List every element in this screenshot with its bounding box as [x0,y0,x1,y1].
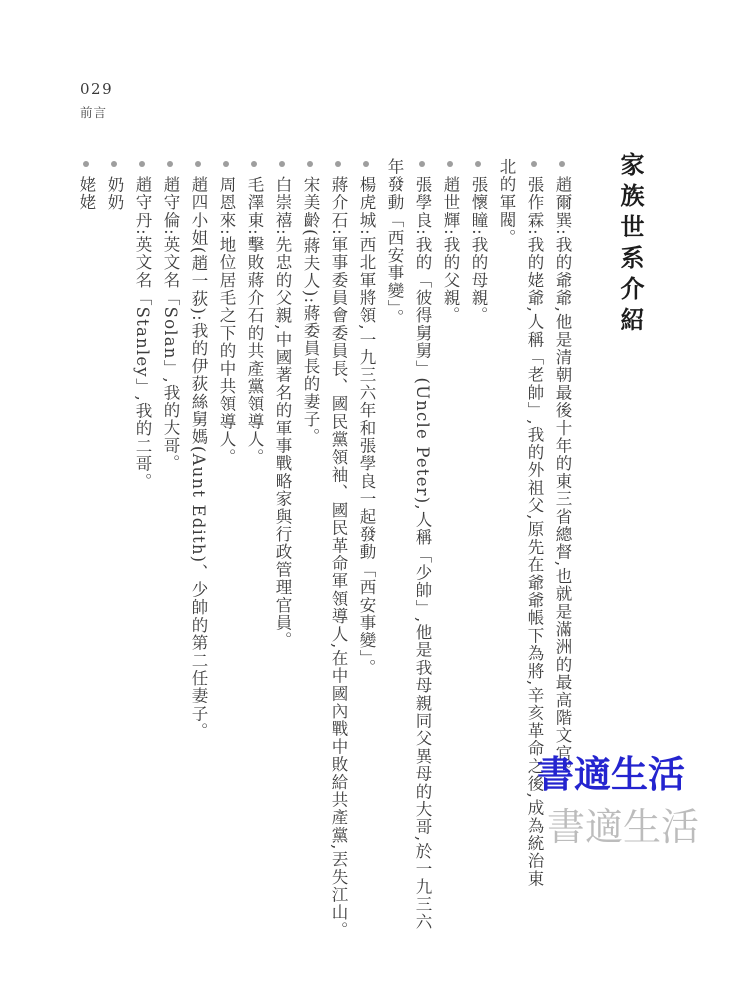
bullet-icon [531,161,537,167]
bullet-icon [475,161,481,167]
entry-text: 趙四小姐(趙一荻):我的伊荻絲舅媽(Aunt Edith)、少帥的第二任妻子。 [189,176,208,740]
bullet-icon [251,161,257,167]
watermark-blue: 書適生活 [537,744,685,798]
entry-text: 趙爾巽:我的爺爺,他是清朝最後十年的東三省總督,也就是滿洲的最高階文官。 [553,176,572,780]
entry-column: 趙守倫:英文名「Solan」,我的大哥。 [156,158,184,1000]
page-title: 家族世系介紹 [613,152,648,338]
entry-column: 張作霖:我的姥爺,人稱「老帥」,我的外祖父,原先在爺爺帳下為將,辛亥革命之後,成… [520,158,548,1000]
entry-text: 趙世輝:我的父親。 [441,176,460,324]
entry-text: 楊虎城:西北軍將領,一九三六年和張學良一起發動「西安事變」。 [357,176,376,677]
bullet-icon [195,161,201,167]
entry-text: 毛澤東:擊敗蔣介石的共產黨領導人。 [245,176,264,466]
entry-column: 趙爾巽:我的爺爺,他是清朝最後十年的東三省總督,也就是滿洲的最高階文官。 [548,158,576,1000]
entry-text: 趙守丹:英文名「Stanley」,我的二哥。 [133,176,152,490]
bullet-icon [139,161,145,167]
entry-text: 蔣介石:軍事委員會委員長、國民黨領袖、國民革命軍領導人,在中國內戰中敗給共產黨,… [329,176,348,939]
entry-text: 年發動「西安事變」。 [385,158,404,327]
entry-column: 周恩來:地位居毛之下的中共領導人。 [212,158,240,1000]
entry-column: 趙世輝:我的父親。 [436,158,464,1000]
entry-text: 趙守倫:英文名「Solan」,我的大哥。 [161,176,180,472]
entry-column: 白崇禧:先忠的父親,中國著名的軍事戰略家與行政管理官員。 [268,158,296,1000]
bullet-icon [559,161,565,167]
watermark-gray: 書適生活 [547,796,699,851]
entry-wrap-column: 北的軍閥。 [492,158,520,1000]
entry-text: 姥姥 [77,176,96,211]
bullet-icon [111,161,117,167]
page-header: 029 前言 [80,80,113,121]
entry-column: 奶奶 [100,158,128,1000]
page-number: 029 [80,80,113,98]
section-label: 前言 [80,103,113,121]
entry-text: 周恩來:地位居毛之下的中共領導人。 [217,176,236,466]
bullet-icon [447,161,453,167]
entry-wrap-column: 年發動「西安事變」。 [380,158,408,1000]
entry-text: 張學良:我的「彼得舅舅」(Uncle Peter),人稱「少帥」,他是我母親同父… [413,176,432,931]
bullet-icon [335,161,341,167]
entry-column: 楊虎城:西北軍將領,一九三六年和張學良一起發動「西安事變」。 [352,158,380,1000]
bullet-icon [307,161,313,167]
bullet-icon [167,161,173,167]
bullet-icon [419,161,425,167]
entry-column: 宋美齡(蔣夫人):蔣委員長的妻子。 [296,158,324,1000]
family-entries-list: 趙爾巽:我的爺爺,他是清朝最後十年的東三省總督,也就是滿洲的最高階文官。張作霖:… [72,158,576,1000]
entry-text: 張懷瞳:我的母親。 [469,176,488,324]
bullet-icon [223,161,229,167]
entry-text: 宋美齡(蔣夫人):蔣委員長的妻子。 [301,176,320,446]
book-page: 029 前言 家族世系介紹 趙爾巽:我的爺爺,他是清朝最後十年的東三省總督,也就… [0,0,746,1002]
entry-column: 張學良:我的「彼得舅舅」(Uncle Peter),人稱「少帥」,他是我母親同父… [408,158,436,1000]
entry-text: 奶奶 [105,176,124,211]
bullet-icon [279,161,285,167]
entry-column: 張懷瞳:我的母親。 [464,158,492,1000]
entry-column: 趙守丹:英文名「Stanley」,我的二哥。 [128,158,156,1000]
entry-column: 趙四小姐(趙一荻):我的伊荻絲舅媽(Aunt Edith)、少帥的第二任妻子。 [184,158,212,1000]
entry-text: 白崇禧:先忠的父親,中國著名的軍事戰略家與行政管理官員。 [273,176,292,649]
bullet-icon [363,161,369,167]
bullet-icon [83,161,89,167]
entry-column: 姥姥 [72,158,100,1000]
entry-column: 毛澤東:擊敗蔣介石的共產黨領導人。 [240,158,268,1000]
entry-column: 蔣介石:軍事委員會委員長、國民黨領袖、國民革命軍領導人,在中國內戰中敗給共產黨,… [324,158,352,1000]
entry-text: 北的軍閥。 [497,158,516,247]
